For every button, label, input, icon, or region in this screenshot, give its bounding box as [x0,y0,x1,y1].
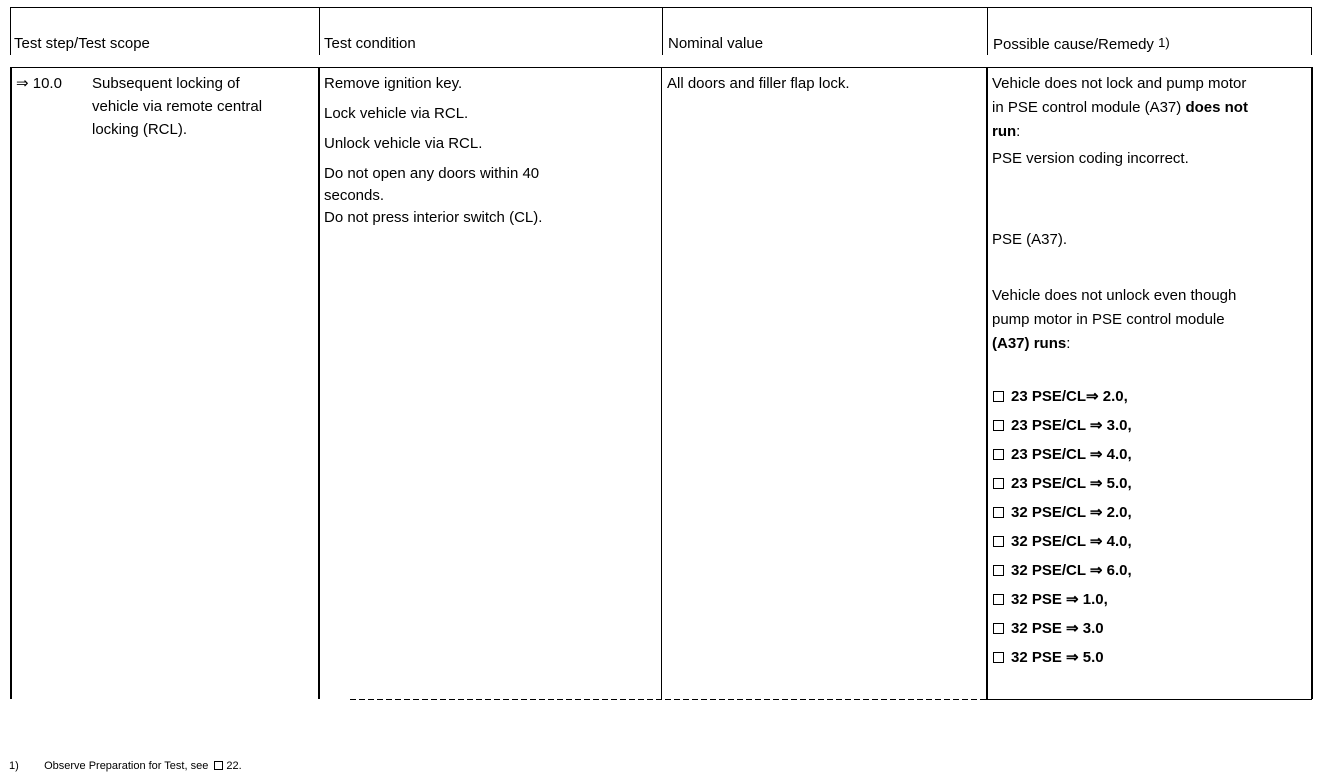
row-divider-2 [661,67,662,699]
reference-link[interactable]: 32 PSE ⇒ 3.0 [993,619,1104,637]
footnote: 1) Observe Preparation for Test, see 22. [9,760,242,772]
header-possible-cause: Possible cause/Remedy 1) [993,35,1170,53]
document-ref-icon [993,536,1004,547]
remedy-coding: PSE version coding incorrect. [992,147,1189,171]
reference-link[interactable]: 32 PSE ⇒ 5.0 [993,648,1104,666]
document-ref-icon [993,391,1004,402]
document-ref-icon [993,449,1004,460]
row-right-border [1311,67,1313,699]
header-nominal-value: Nominal value [668,35,763,52]
header-test-step: Test step/Test scope [14,35,150,52]
reference-link[interactable]: 23 PSE/CL ⇒ 4.0, [993,445,1132,463]
footnote-number: 1) [9,760,41,772]
document-ref-icon [993,594,1004,605]
header-top-border [10,7,1312,8]
reference-link[interactable]: 23 PSE/CL ⇒ 3.0, [993,416,1132,434]
test-step-scope: Subsequent locking of vehicle via remote… [92,72,262,141]
document-ref-icon [993,478,1004,489]
row-bottom-border-dotted [350,699,986,700]
condition-item: Do not open any doors within 40 [324,162,542,186]
cause-1: Vehicle does not lock and pump motor in … [992,72,1248,144]
condition-item: Do not press interior switch (CL). [324,206,542,230]
row-divider-3 [986,67,988,699]
reference-link[interactable]: 32 PSE/CL ⇒ 4.0, [993,532,1132,550]
reference-link[interactable]: 32 PSE/CL ⇒ 2.0, [993,503,1132,521]
document-ref-icon [993,420,1004,431]
document-ref-icon [993,623,1004,634]
header-possible-cause-label: Possible cause/Remedy [993,36,1154,53]
header-test-condition: Test condition [324,35,416,52]
remedy-pse: PSE (A37). [992,228,1067,252]
reference-link[interactable]: 23 PSE/CL ⇒ 5.0, [993,474,1132,492]
header-divider-2 [662,7,663,55]
condition-item: Unlock vehicle via RCL. [324,132,542,156]
test-conditions: Remove ignition key. Lock vehicle via RC… [324,72,542,230]
header-divider-3 [987,7,988,55]
condition-item: seconds. [324,186,542,206]
step-arrow-icon: ⇒ [16,75,29,92]
condition-item: Lock vehicle via RCL. [324,102,542,126]
document-ref-icon [993,652,1004,663]
reference-link[interactable]: 32 PSE ⇒ 1.0, [993,590,1108,608]
row-bottom-border [986,699,1312,700]
footnote-ref[interactable]: 22. [226,760,241,772]
header-right-border [1311,7,1312,55]
header-left-border [10,7,11,55]
step-number: 10.0 [33,75,62,92]
document-ref-icon [214,761,223,770]
document-ref-icon [993,507,1004,518]
header-divider-1 [319,7,320,55]
row-divider-1 [318,67,320,699]
cause-2: Vehicle does not unlock even though pump… [992,284,1236,356]
reference-link[interactable]: 32 PSE/CL ⇒ 6.0, [993,561,1132,579]
footnote-text: Observe Preparation for Test, see [44,760,208,772]
test-step-number: ⇒ 10.0 [16,72,62,96]
reference-link[interactable]: 23 PSE/CL⇒ 2.0, [993,387,1128,405]
document-ref-icon [993,565,1004,576]
row-left-border [10,67,12,699]
nominal-value: All doors and filler flap lock. [667,72,850,96]
footnote-marker: 1) [1158,35,1170,50]
condition-item: Remove ignition key. [324,72,542,96]
